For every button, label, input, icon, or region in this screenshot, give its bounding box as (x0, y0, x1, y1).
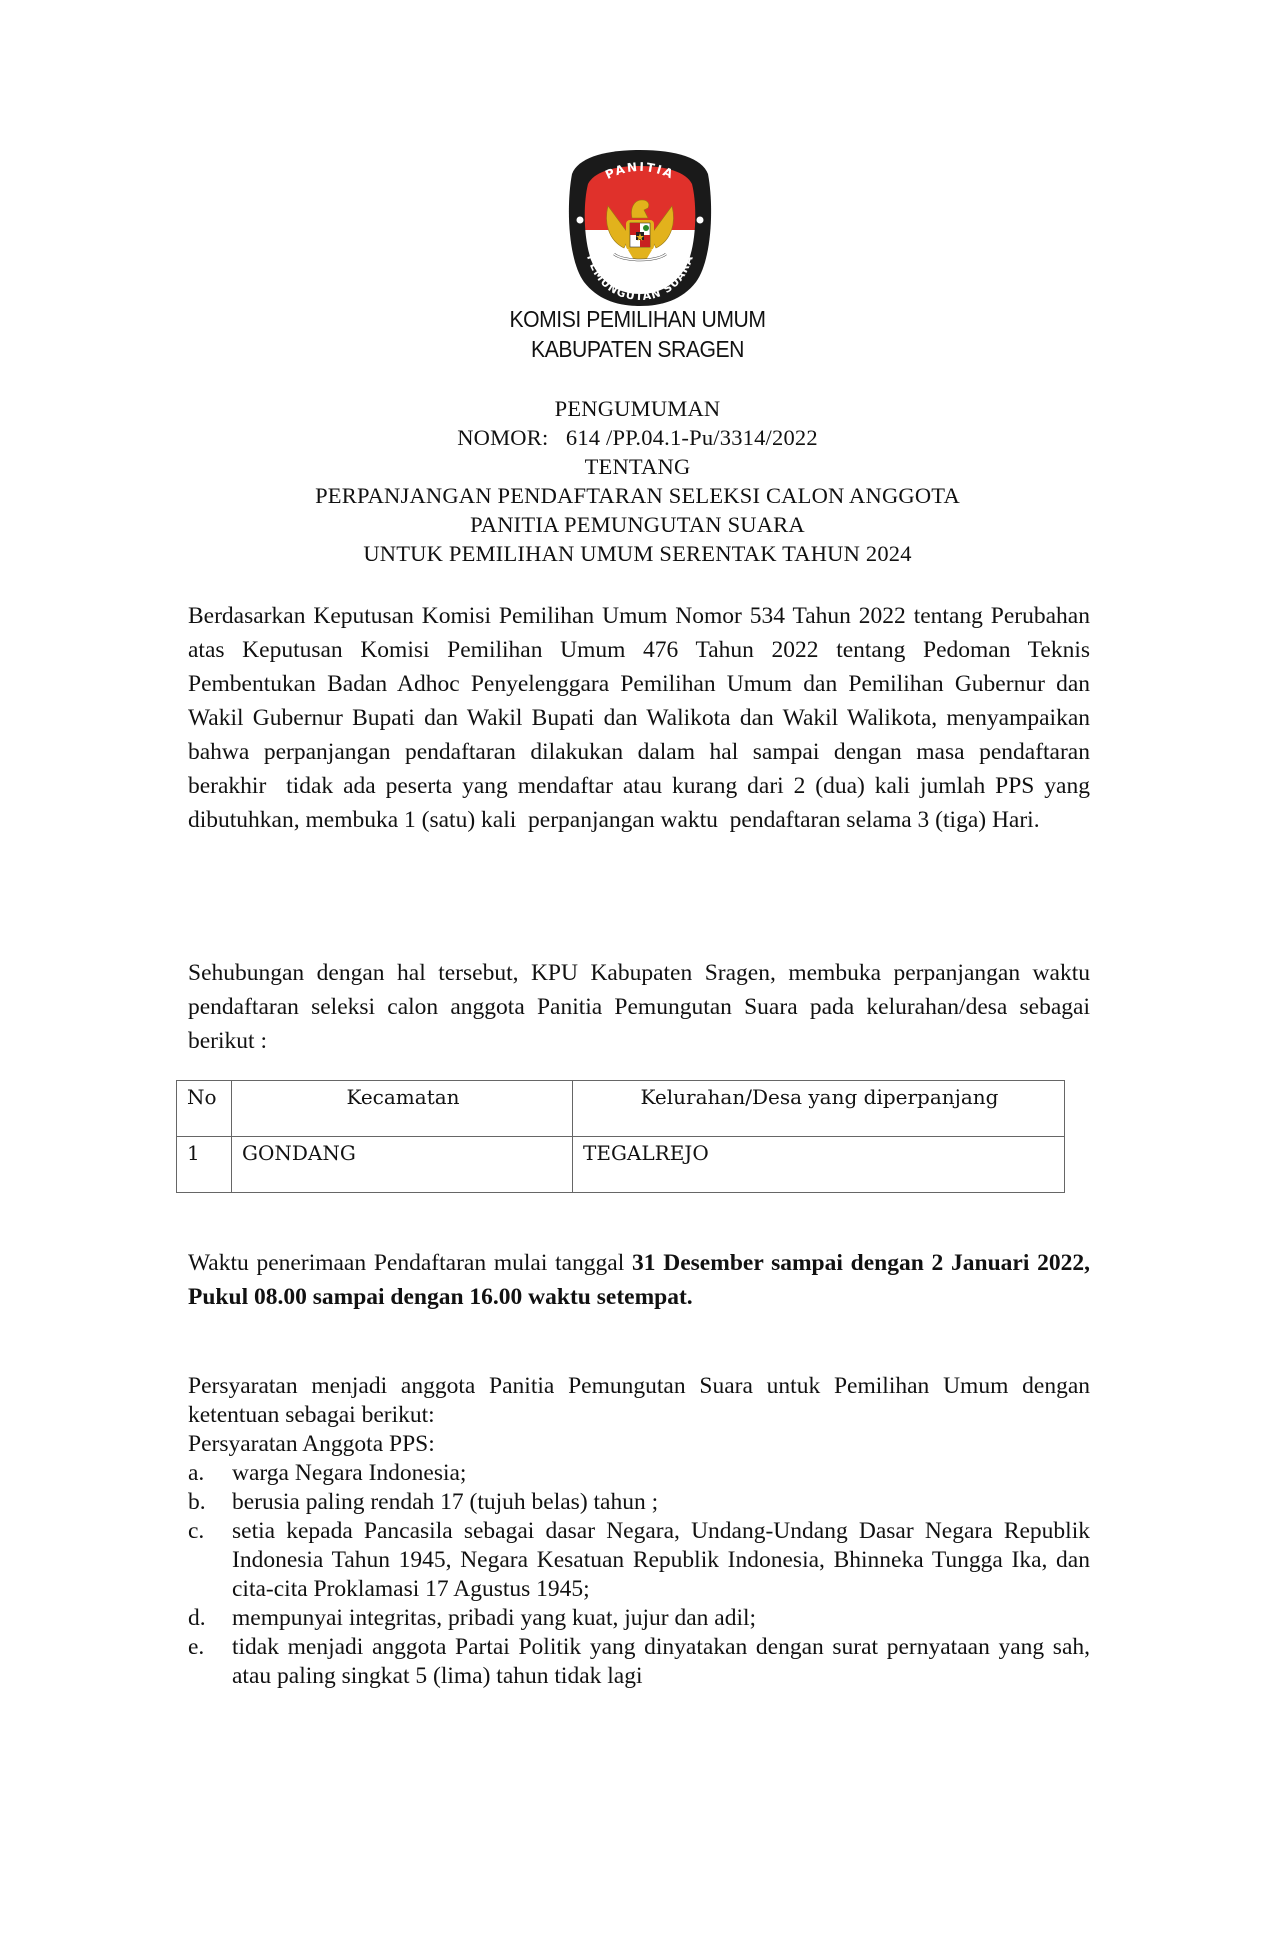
table-row: 1 GONDANG TEGALREJO (177, 1137, 1065, 1193)
list-item: e.tidak menjadi anggota Partai Politik y… (188, 1633, 1090, 1691)
list-item: a.warga Negara Indonesia; (188, 1459, 1090, 1488)
cell-kecamatan: GONDANG (232, 1137, 573, 1193)
announcement-subject-line1: PERPANJANGAN PENDAFTARAN SELEKSI CALON A… (0, 483, 1275, 509)
list-item: b.berusia paling rendah 17 (tujuh belas)… (188, 1488, 1090, 1517)
list-marker: c. (188, 1517, 204, 1546)
announcement-number: NOMOR: 614 /PP.04.1-Pu/3314/2022 (0, 425, 1275, 451)
list-marker: e. (188, 1633, 204, 1662)
column-header-kelurahan-desa: Kelurahan/Desa yang diperpanjang (573, 1081, 1065, 1137)
requirements-intro: Persyaratan menjadi anggota Panitia Pemu… (188, 1372, 1090, 1430)
panitia-pemungutan-suara-logo-icon: PANITIA PEMUNGUTAN SUARA (568, 148, 712, 306)
cell-kelurahan-desa: TEGALREJO (573, 1137, 1065, 1193)
org-name-line1: KOMISI PEMILIHAN UMUM (51, 306, 1224, 333)
org-name-line2: KABUPATEN SRAGEN (51, 336, 1224, 363)
requirements-subtitle: Persyaratan Anggota PPS: (188, 1430, 1090, 1459)
list-item-text: tidak menjadi anggota Partai Politik yan… (232, 1634, 1090, 1689)
registration-time-intro: Waktu penerimaan Pendaftaran mulai tangg… (188, 1250, 632, 1276)
announcement-subject-line2: PANITIA PEMUNGUTAN SUARA (0, 512, 1275, 538)
list-item-text: berusia paling rendah 17 (tujuh belas) t… (232, 1489, 658, 1515)
requirements-section: Persyaratan menjadi anggota Panitia Pemu… (188, 1372, 1090, 1691)
list-item-text: setia kepada Pancasila sebagai dasar Neg… (232, 1518, 1090, 1602)
column-header-kecamatan: Kecamatan (232, 1081, 573, 1137)
list-marker: d. (188, 1604, 206, 1633)
list-marker: b. (188, 1488, 206, 1517)
list-marker: a. (188, 1459, 204, 1488)
announcement-about: TENTANG (0, 454, 1275, 480)
cell-no: 1 (177, 1137, 232, 1193)
list-item-text: mempunyai integritas, pribadi yang kuat,… (232, 1605, 756, 1631)
column-header-no: No (177, 1081, 232, 1137)
list-item-text: warga Negara Indonesia; (232, 1460, 466, 1486)
body-paragraph-legal-basis: Berdasarkan Keputusan Komisi Pemilihan U… (188, 599, 1090, 837)
announcement-subject-line3: UNTUK PEMILIHAN UMUM SERENTAK TAHUN 2024 (0, 541, 1275, 567)
extended-villages-table: No Kecamatan Kelurahan/Desa yang diperpa… (176, 1080, 1065, 1193)
document-page: PANITIA PEMUNGUTAN SUARA KOMISI PEMILIHA… (0, 0, 1275, 1950)
list-item: d.mempunyai integritas, pribadi yang kua… (188, 1604, 1090, 1633)
announcement-label: PENGUMUMAN (0, 396, 1275, 422)
registration-time-paragraph: Waktu penerimaan Pendaftaran mulai tangg… (188, 1246, 1090, 1314)
body-paragraph-extension: Sehubungan dengan hal tersebut, KPU Kabu… (188, 956, 1090, 1058)
table-header-row: No Kecamatan Kelurahan/Desa yang diperpa… (177, 1081, 1065, 1137)
list-item: c.setia kepada Pancasila sebagai dasar N… (188, 1517, 1090, 1604)
requirements-list: a.warga Negara Indonesia; b.berusia pali… (188, 1459, 1090, 1691)
